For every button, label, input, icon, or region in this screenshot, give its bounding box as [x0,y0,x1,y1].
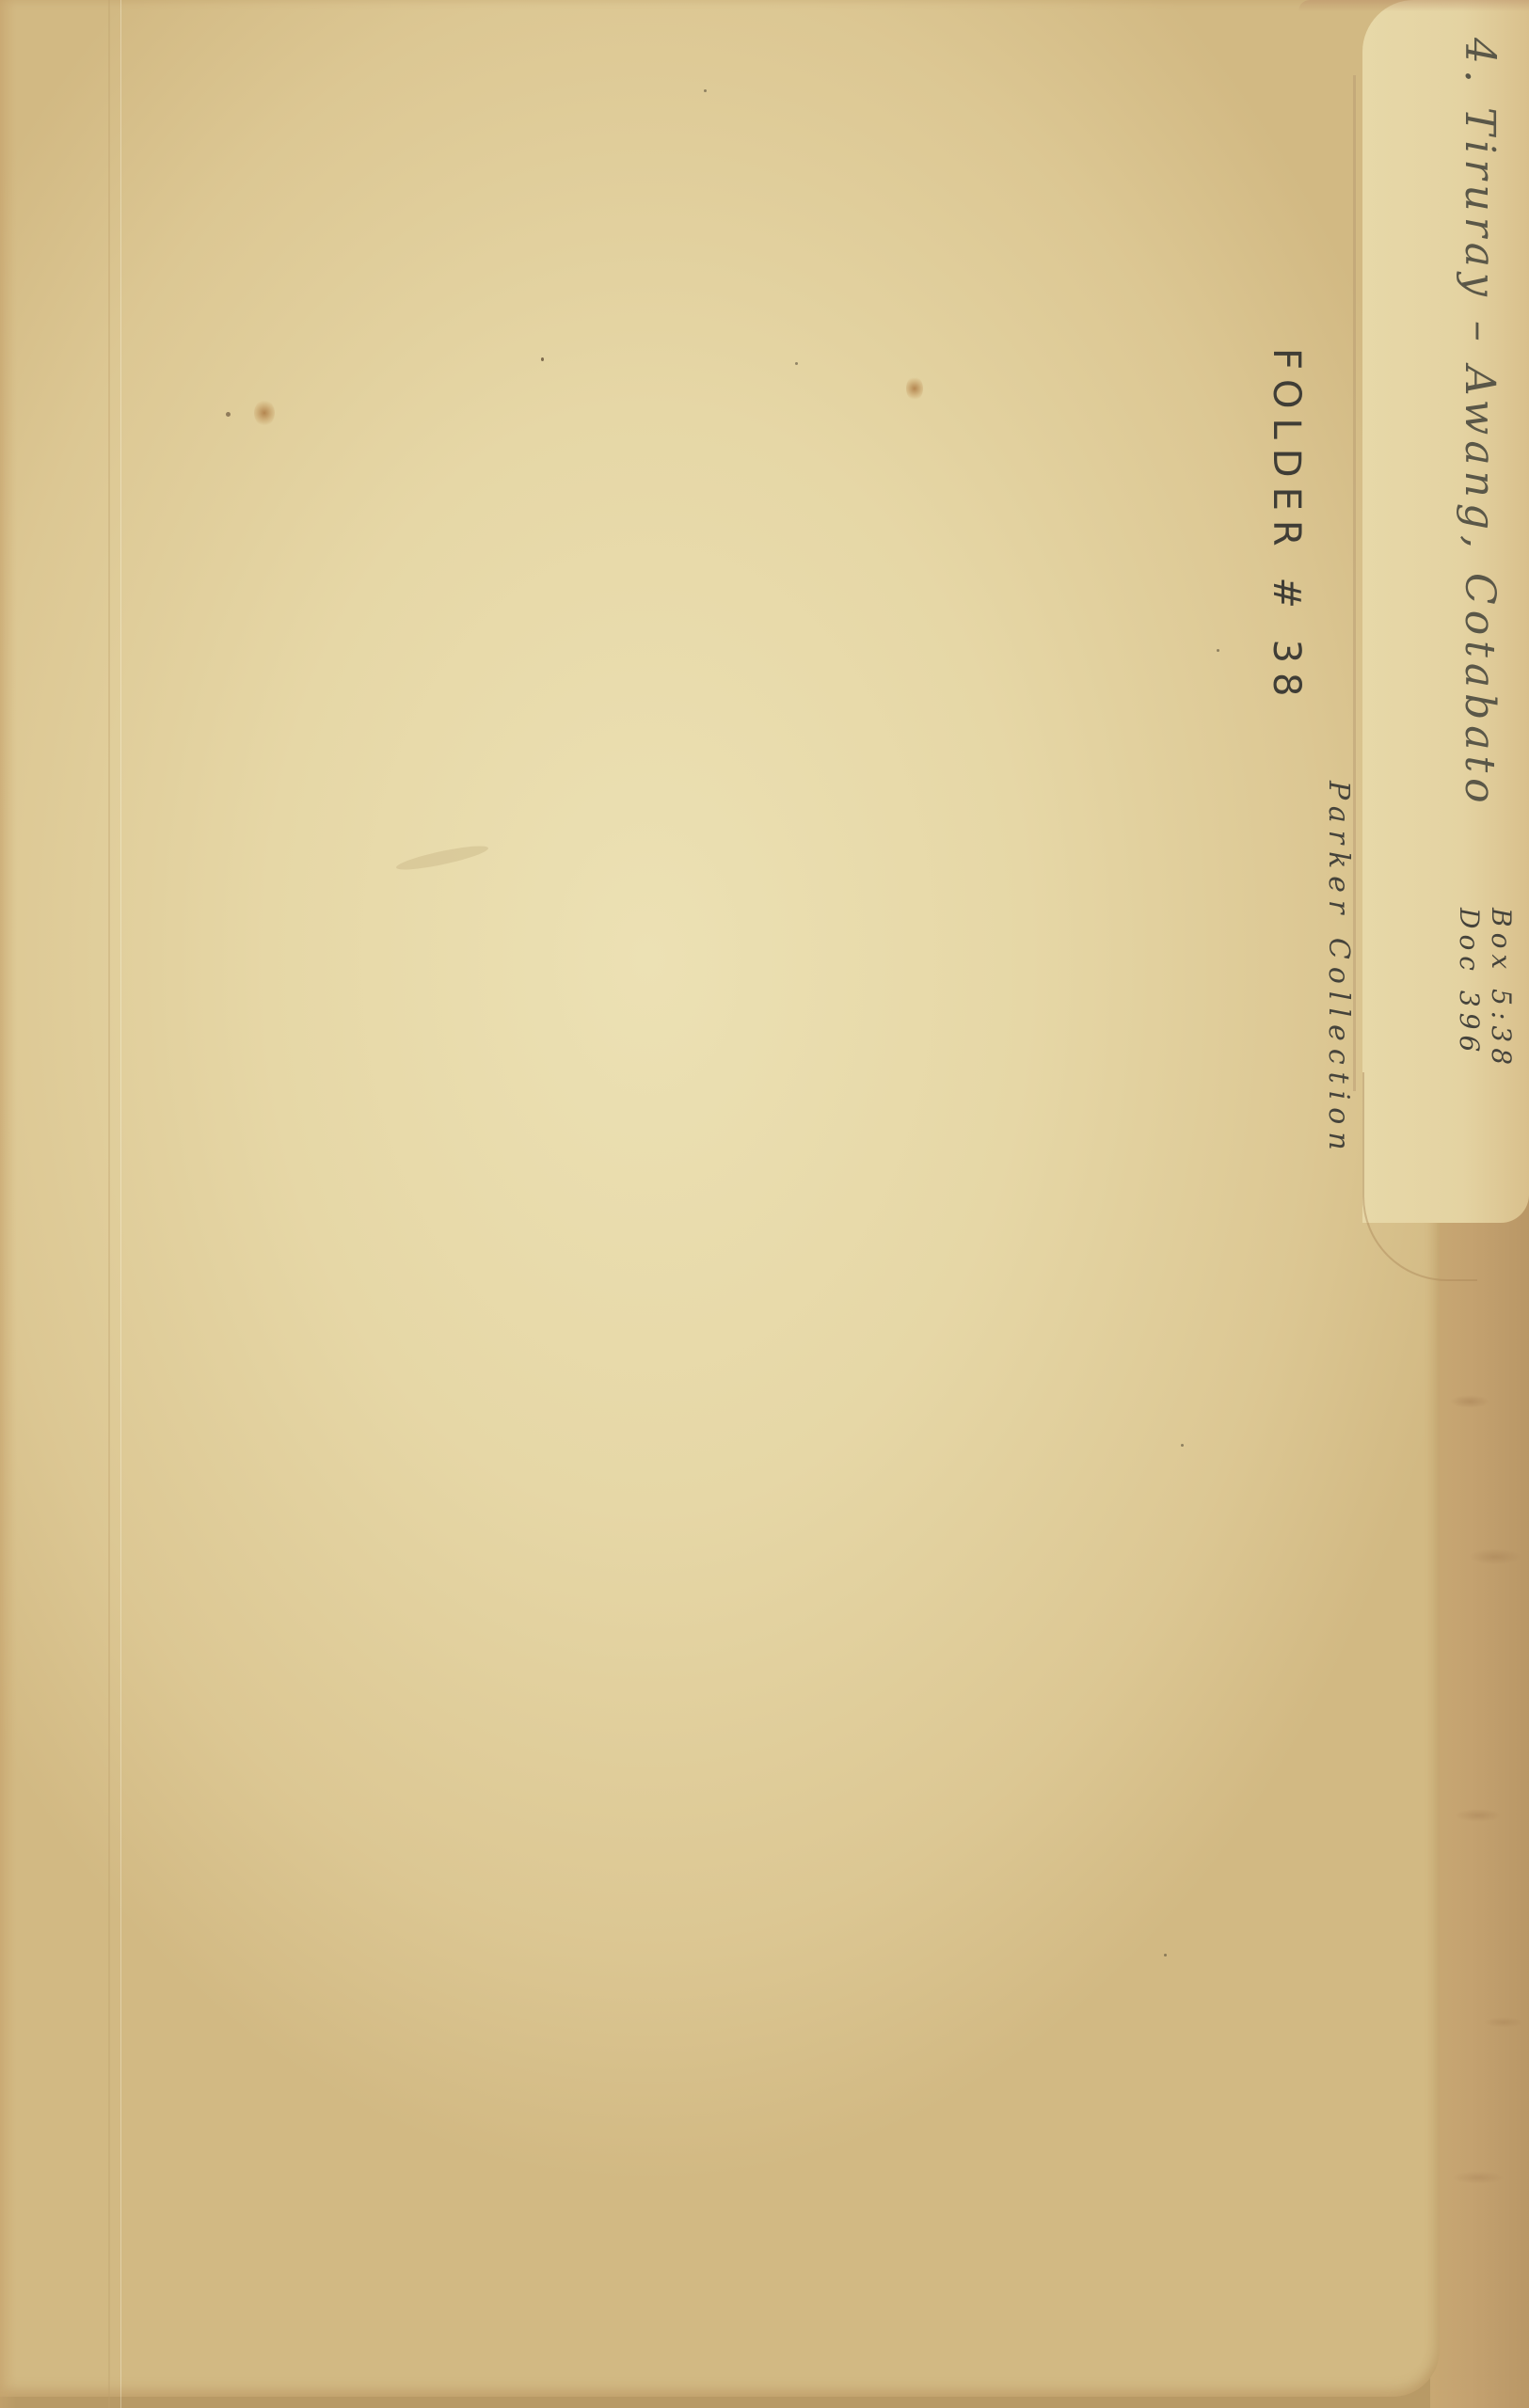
speck [1181,1444,1184,1447]
scanned-folder: 4. Tiruray – Awang, Cotabato FOLDER # 38… [0,0,1529,2408]
stain-spot [906,376,923,401]
speck [704,89,707,92]
folder-body [0,0,1440,2397]
stain-spot [226,412,231,417]
stain-spot [254,400,275,426]
speck [1217,649,1219,652]
speck [795,362,798,365]
tab-title-handwriting: 4. Tiruray – Awang, Cotabato [1456,38,1504,809]
speck [1164,1954,1167,1956]
fold-line [120,0,121,2408]
collection-handwriting: Parker Collection [1322,781,1355,1158]
stain-spot [541,357,544,361]
doc-number-handwriting: Doc 396 [1454,908,1485,1057]
box-number-handwriting: Box 5:38 [1486,908,1517,1070]
fold-line [108,0,110,2408]
folder-number-handwriting: FOLDER # 38 [1265,348,1308,706]
folder-left-edge [0,0,17,2408]
smudge [395,842,490,874]
tab-top-shadow [1298,0,1529,11]
stain-marks [1444,1298,1529,2333]
